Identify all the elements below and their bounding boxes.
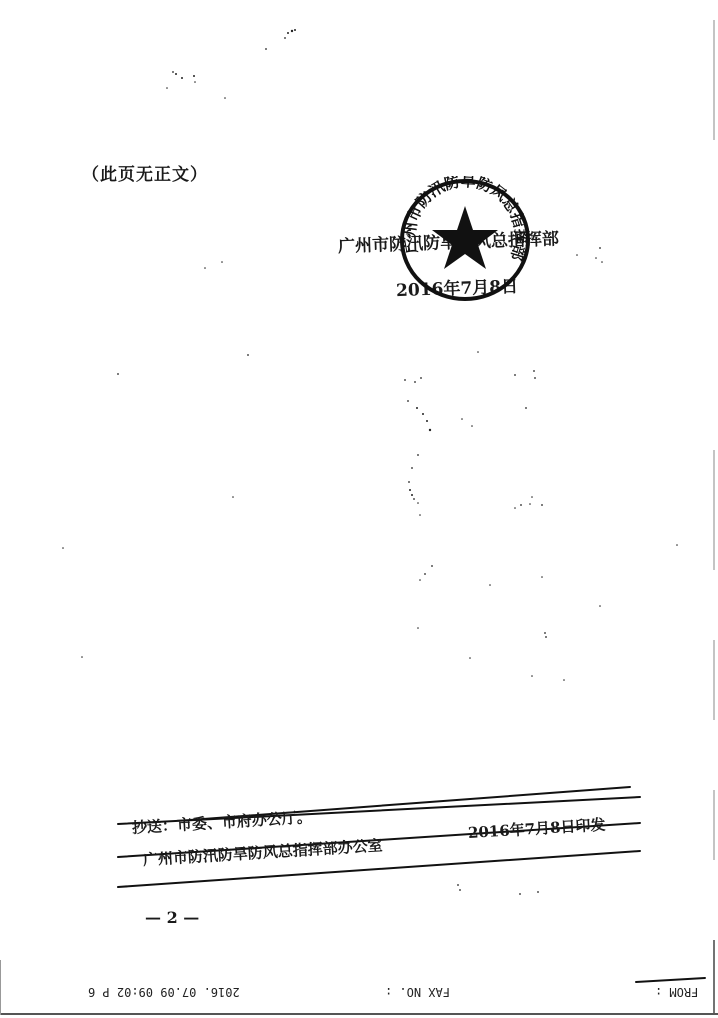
no-body-note: （此页无正文） — [82, 160, 208, 185]
fax-timestamp: 2016. 07.09 09:02 P 6 — [88, 985, 240, 999]
scan-bottom-border — [0, 1013, 718, 1015]
scan-left-border — [0, 960, 1, 1015]
cc-recipients: 市委、市府办公厅。 — [176, 808, 312, 834]
fax-from-label: FROM : — [655, 985, 698, 999]
issuer-office: 广州市防汛防旱防风总指挥部办公室 — [142, 834, 383, 870]
cc-line: 抄送：市委、市府办公厅。 — [131, 806, 312, 838]
cc-label: 抄送： — [131, 816, 177, 837]
star-icon — [432, 206, 498, 269]
fax-number-label: FAX NO. : — [385, 985, 450, 999]
scan-noise-specks — [0, 0, 718, 1018]
official-seal: 广州市防汛防旱防风总指挥部 — [397, 176, 533, 302]
document-page: （此页无正文） 广州市防汛防旱防风总指挥部 2016年7月8日 广州市防汛防旱防… — [0, 0, 718, 1018]
page-number: — 2 — — [145, 908, 199, 927]
issue-date: 2016年7月8日印发 — [467, 814, 606, 843]
